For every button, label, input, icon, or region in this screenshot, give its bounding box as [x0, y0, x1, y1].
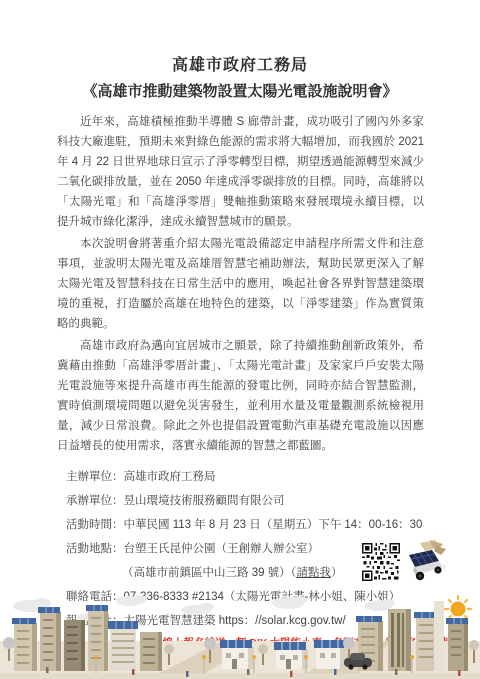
body-text: 近年來，高雄積極推動半導體 S 廊帶計畫，成功吸引了國內外多家科技大廠進駐，預期… [57, 112, 424, 456]
event-time-value: 中華民國 113 年 8 月 23 日（星期五）下午 14：00-16：30 [124, 519, 423, 531]
page-subtitle: 《高雄市推動建築物設置太陽光電設施說明會》 [0, 82, 480, 102]
map-link[interactable]: 請點我 [296, 567, 331, 579]
solar-city-illustration [0, 595, 480, 679]
contractor-value: 昱山環境技術服務顧問有限公司 [124, 495, 285, 507]
middle-house-cluster [220, 640, 346, 669]
address-suffix: ） [331, 567, 343, 579]
contractor-label: 承辦單位： [66, 495, 124, 507]
event-time-line: 活動時間：中華民國 113 年 8 月 23 日（星期五）下午 14：00-16… [66, 513, 440, 537]
cloud-icons [13, 595, 395, 621]
organizer-line: 主辦單位：高雄市政府工務局 [66, 465, 440, 489]
event-location-value: 台塑王氏昆仲公園（王創辦人辦公室） [124, 543, 320, 555]
organizer-label: 主辦單位： [66, 471, 124, 483]
address-prefix: （高雄市前鎮區中山三路 39 號）（ [122, 567, 296, 579]
qr-code [362, 543, 400, 581]
organizer-value: 高雄市政府工務局 [124, 471, 216, 483]
diy-solar-car-photo [402, 538, 452, 586]
page-title: 高雄市政府工務局 [0, 56, 480, 76]
event-location-label: 活動地點： [66, 543, 124, 555]
paragraph-3: 高雄市政府為邁向宜居城市之願景，除了持續推動創新政策外，希冀藉由推動「高雄淨零厝… [57, 336, 424, 456]
paragraph-2: 本次說明會將著重介紹太陽光電設備認定申請程序所需文件和注意事項，並說明太陽光電及… [57, 234, 424, 334]
paragraph-1: 近年來，高雄積極推動半導體 S 廊帶計畫，成功吸引了國內外多家科技大廠進駐，預期… [57, 112, 424, 232]
contractor-line: 承辦單位：昱山環境技術服務顧問有限公司 [66, 489, 440, 513]
event-time-label: 活動時間： [66, 519, 124, 531]
